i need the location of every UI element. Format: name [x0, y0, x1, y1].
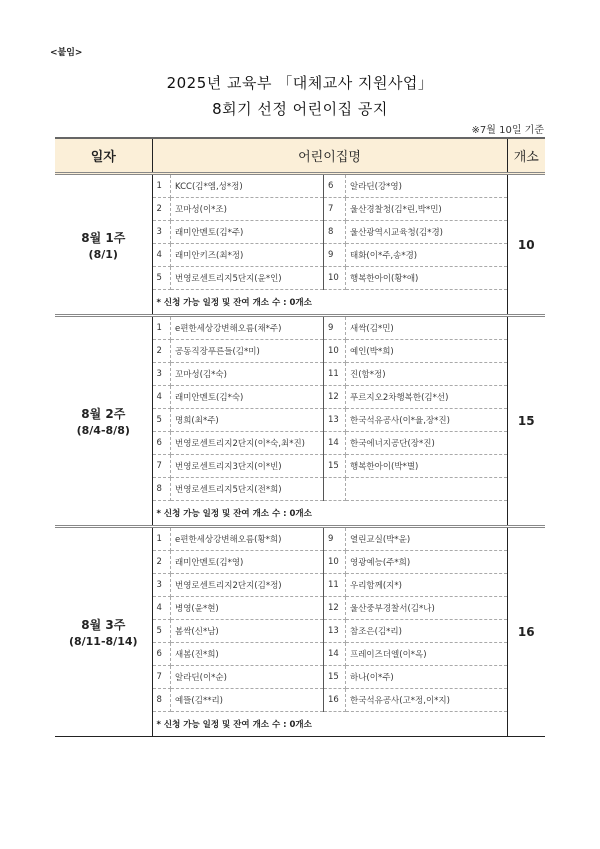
daycare-number: 7: [153, 666, 171, 689]
week-range: (8/1): [55, 248, 152, 261]
daycare-number: 11: [324, 363, 346, 386]
table-row: 4병영(윤*현)12울산중부경찰서(김*나): [153, 597, 507, 620]
daycare-name: 알라딘(강*영): [346, 175, 507, 198]
daycare-name: 명희(최*주): [171, 409, 324, 432]
daycare-number: 9: [324, 244, 346, 267]
table-row: 3꼬마성(김*숙)11진(함*정): [153, 363, 507, 386]
daycare-number: 9: [324, 317, 346, 340]
daycare-name: 한국에너지공단(장*진): [346, 432, 507, 455]
table-row: 3번영로센트리지2단지(김*정)11우리함께(지*): [153, 574, 507, 597]
daycare-name: 하나(이*주): [346, 666, 507, 689]
daycare-list: 1e편한세상강변해오름(채*주)9새싹(김*민)2공동직장푸른들(김*미)10예…: [153, 317, 507, 525]
daycare-name: 꼬마성(이*조): [171, 198, 324, 221]
week-date-cell: 8월 2주 (8/4-8/8): [55, 316, 152, 527]
daycare-name: 프레이즈더엘(이*옥): [346, 643, 507, 666]
daycare-name: 태화(이*주,송*경): [346, 244, 507, 267]
daycare-number: 3: [153, 221, 171, 244]
document-title-line2: 8회기 선정 어린이집 공지: [0, 98, 600, 119]
table-row: 1e편한세상강변해오름(채*주)9새싹(김*민): [153, 317, 507, 340]
table-row: 4래미안키즈(최*정)9태화(이*주,송*경): [153, 244, 507, 267]
remaining-slots-note: * 신청 가능 일정 및 잔여 개소 수 : 0개소: [153, 290, 507, 315]
daycare-number: 2: [153, 340, 171, 363]
daycare-number: 11: [324, 574, 346, 597]
daycare-number: 4: [153, 244, 171, 267]
daycare-number: 2: [153, 551, 171, 574]
daycare-name: 우리함께(지*): [346, 574, 507, 597]
daycare-list-cell: 1e편한세상강변해오름(황*희)9열린교실(박*윤)2래미안멘토(김*영)10영…: [152, 527, 507, 737]
daycare-number: 7: [153, 455, 171, 478]
daycare-name: 병영(윤*현): [171, 597, 324, 620]
daycare-list-cell: 1KCC(김*엠,성*정)6알라딘(강*영)2꼬마성(이*조)7울산경찰청(김*…: [152, 174, 507, 316]
daycare-number: [324, 478, 346, 501]
daycare-number: 1: [153, 175, 171, 198]
daycare-number: 12: [324, 597, 346, 620]
week-row: 8월 3주 (8/11-8/14) 1e편한세상강변해오름(황*희)9열린교실(…: [55, 527, 545, 737]
week-label: 8월 3주: [81, 618, 125, 632]
daycare-name: 울산중부경찰서(김*나): [346, 597, 507, 620]
attachment-label: <붙임>: [50, 45, 82, 58]
daycare-number: 10: [324, 267, 346, 290]
header-date: 일자: [55, 138, 152, 174]
daycare-name: 래미안멘토(김*주): [171, 221, 324, 244]
table-row: 5봄싹(신*남)13참조은(김*리): [153, 620, 507, 643]
table-row: 2래미안멘토(김*영)10영광예능(주*희): [153, 551, 507, 574]
table-header-row: 일자 어린이집명 개소: [55, 138, 545, 174]
daycare-list: 1KCC(김*엠,성*정)6알라딘(강*영)2꼬마성(이*조)7울산경찰청(김*…: [153, 175, 507, 314]
daycare-number: 8: [324, 221, 346, 244]
daycare-name: e편한세상강변해오름(황*희): [171, 528, 324, 551]
daycare-number: 4: [153, 386, 171, 409]
daycare-name: e편한세상강변해오름(채*주): [171, 317, 324, 340]
daycare-name: 새봄(진*희): [171, 643, 324, 666]
daycare-number: 5: [153, 267, 171, 290]
table-row: 5명희(최*주)13한국석유공사(이*율,장*진): [153, 409, 507, 432]
daycare-number: 15: [324, 666, 346, 689]
daycare-list: 1e편한세상강변해오름(황*희)9열린교실(박*윤)2래미안멘토(김*영)10영…: [153, 528, 507, 736]
daycare-number: 5: [153, 620, 171, 643]
week-label: 8월 2주: [81, 407, 125, 421]
table-row: 6번영로센트리지2단지(이*숙,최*진)14한국에너지공단(장*진): [153, 432, 507, 455]
daycare-number: 10: [324, 551, 346, 574]
table-row: 7알라딘(이*순)15하나(이*주): [153, 666, 507, 689]
week-range: (8/11-8/14): [55, 635, 152, 648]
remaining-slots-note: * 신청 가능 일정 및 잔여 개소 수 : 0개소: [153, 501, 507, 526]
week-label: 8월 1주: [81, 231, 125, 245]
daycare-number: 8: [153, 478, 171, 501]
daycare-name: [346, 478, 507, 501]
table-row: 8예뜰(김**리)16한국석유공사(고*정,이*지): [153, 689, 507, 712]
daycare-number: 6: [153, 432, 171, 455]
daycare-name: 참조은(김*리): [346, 620, 507, 643]
remaining-slots-row: * 신청 가능 일정 및 잔여 개소 수 : 0개소: [153, 712, 507, 737]
daycare-number: 15: [324, 455, 346, 478]
daycare-name: 래미안멘토(김*영): [171, 551, 324, 574]
daycare-name: 봄싹(신*남): [171, 620, 324, 643]
daycare-number: 2: [153, 198, 171, 221]
daycare-name: 울산광역시교육청(김*경): [346, 221, 507, 244]
remaining-slots-row: * 신청 가능 일정 및 잔여 개소 수 : 0개소: [153, 501, 507, 526]
week-date-cell: 8월 3주 (8/11-8/14): [55, 527, 152, 737]
daycare-number: 1: [153, 317, 171, 340]
daycare-name: 알라딘(이*순): [171, 666, 324, 689]
daycare-number: 5: [153, 409, 171, 432]
daycare-name: 행복한아이(박*별): [346, 455, 507, 478]
daycare-name: 래미안키즈(최*정): [171, 244, 324, 267]
table-row: 1e편한세상강변해오름(황*희)9열린교실(박*윤): [153, 528, 507, 551]
daycare-number: 13: [324, 620, 346, 643]
week-date-cell: 8월 1주 (8/1): [55, 174, 152, 316]
daycare-list-cell: 1e편한세상강변해오름(채*주)9새싹(김*민)2공동직장푸른들(김*미)10예…: [152, 316, 507, 527]
daycare-number: 14: [324, 643, 346, 666]
daycare-number: 4: [153, 597, 171, 620]
daycare-name: 영광예능(주*희): [346, 551, 507, 574]
daycare-number: 12: [324, 386, 346, 409]
week-count: 10: [507, 174, 545, 316]
remaining-slots-row: * 신청 가능 일정 및 잔여 개소 수 : 0개소: [153, 290, 507, 315]
daycare-number: 16: [324, 689, 346, 712]
basis-date-note: ※7월 10일 기준: [472, 121, 544, 136]
week-count: 16: [507, 527, 545, 737]
daycare-name: 예뜰(김**리): [171, 689, 324, 712]
daycare-name: 진(함*정): [346, 363, 507, 386]
daycare-number: 9: [324, 528, 346, 551]
table-row: 7번영로센트리지3단지(이*빈)15행복한아이(박*별): [153, 455, 507, 478]
week-count: 15: [507, 316, 545, 527]
table-row: 8번영로센트리지5단지(전*희): [153, 478, 507, 501]
daycare-name: 푸르지오2차행복한(김*선): [346, 386, 507, 409]
table-row: 5번영로센트리지5단지(윤*인)10행복한아이(황*애): [153, 267, 507, 290]
week-row: 8월 2주 (8/4-8/8) 1e편한세상강변해오름(채*주)9새싹(김*민)…: [55, 316, 545, 527]
daycare-name: 번영로센트리지2단지(김*정): [171, 574, 324, 597]
header-daycare-name: 어린이집명: [152, 138, 507, 174]
remaining-slots-note: * 신청 가능 일정 및 잔여 개소 수 : 0개소: [153, 712, 507, 737]
daycare-number: 8: [153, 689, 171, 712]
daycare-number: 3: [153, 363, 171, 386]
daycare-name: 번영로센트리지2단지(이*숙,최*진): [171, 432, 324, 455]
selection-table: 일자 어린이집명 개소 8월 1주 (8/1) 1KCC(김*엠,성*정)6알라…: [55, 137, 545, 737]
daycare-name: 공동직장푸른들(김*미): [171, 340, 324, 363]
table-row: 3래미안멘토(김*주)8울산광역시교육청(김*경): [153, 221, 507, 244]
daycare-name: 새싹(김*민): [346, 317, 507, 340]
daycare-name: 행복한아이(황*애): [346, 267, 507, 290]
daycare-name: 번영로센트리지3단지(이*빈): [171, 455, 324, 478]
daycare-name: 한국석유공사(이*율,장*진): [346, 409, 507, 432]
header-count: 개소: [507, 138, 545, 174]
daycare-number: 13: [324, 409, 346, 432]
table-row: 2공동직장푸른들(김*미)10예인(박*희): [153, 340, 507, 363]
daycare-name: 열린교실(박*윤): [346, 528, 507, 551]
daycare-name: 번영로센트리지5단지(전*희): [171, 478, 324, 501]
week-row: 8월 1주 (8/1) 1KCC(김*엠,성*정)6알라딘(강*영)2꼬마성(이…: [55, 174, 545, 316]
daycare-number: 6: [324, 175, 346, 198]
daycare-name: KCC(김*엠,성*정): [171, 175, 324, 198]
daycare-name: 번영로센트리지5단지(윤*인): [171, 267, 324, 290]
table-row: 1KCC(김*엠,성*정)6알라딘(강*영): [153, 175, 507, 198]
daycare-name: 한국석유공사(고*정,이*지): [346, 689, 507, 712]
daycare-number: 7: [324, 198, 346, 221]
table-row: 4래미안멘토(김*숙)12푸르지오2차행복한(김*선): [153, 386, 507, 409]
daycare-number: 1: [153, 528, 171, 551]
daycare-name: 예인(박*희): [346, 340, 507, 363]
document-title-line1: 2025년 교육부 「대체교사 지원사업」: [0, 72, 600, 93]
daycare-number: 6: [153, 643, 171, 666]
daycare-name: 꼬마성(김*숙): [171, 363, 324, 386]
daycare-name: 래미안멘토(김*숙): [171, 386, 324, 409]
daycare-name: 울산경찰청(김*린,박*민): [346, 198, 507, 221]
week-range: (8/4-8/8): [55, 424, 152, 437]
table-row: 2꼬마성(이*조)7울산경찰청(김*린,박*민): [153, 198, 507, 221]
daycare-number: 3: [153, 574, 171, 597]
daycare-number: 14: [324, 432, 346, 455]
daycare-number: 10: [324, 340, 346, 363]
table-row: 6새봄(진*희)14프레이즈더엘(이*옥): [153, 643, 507, 666]
